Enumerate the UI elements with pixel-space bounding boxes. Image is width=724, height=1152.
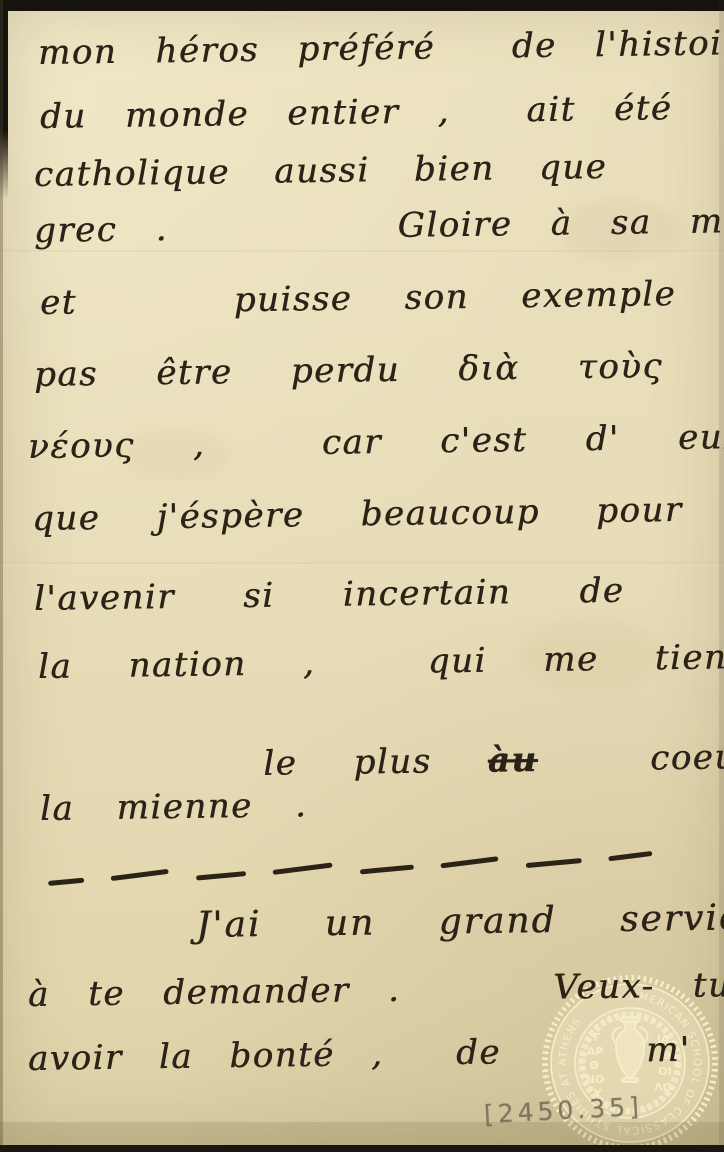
handwriting-segment: coeur , après — [537, 733, 724, 780]
handwriting-line: mon héros préféré de l'histoire — [38, 26, 724, 70]
seal-greek-letter: ΛΟ — [654, 1081, 672, 1094]
handwriting-line: du monde entier , ait été — [40, 91, 673, 134]
dash-stroke — [272, 862, 332, 874]
handwriting-line: grec . Gloire à sa mémoire — [34, 203, 724, 248]
scan-border-bottom — [0, 1145, 724, 1152]
handwriting-line: la mienne . — [40, 788, 308, 826]
handwriting-line: la nation , qui me tient — [38, 640, 724, 684]
paper-crease — [0, 562, 724, 565]
amphora-foot — [622, 1078, 638, 1082]
dash-stroke — [608, 851, 652, 861]
dash-stroke — [360, 865, 414, 875]
paper-crease — [0, 250, 724, 253]
seal-greek-letter: ΝΟ — [586, 1073, 605, 1086]
paper-edge-right — [719, 0, 724, 1152]
paper-edge-left — [0, 0, 3, 1152]
scan-border-top — [0, 0, 724, 11]
dash-stroke — [526, 858, 582, 868]
paper-edge-bottom-shadow — [0, 1122, 724, 1146]
handwriting-line: pas être perdu διὰ τοὺς — [34, 349, 663, 392]
handwriting-line: avoir la bonté , de m' abonner — [28, 1030, 724, 1076]
handwriting-line: J'ai un grand service — [196, 900, 724, 944]
handwriting-line: que j'éspère beaucoup pour — [32, 493, 683, 536]
handwriting-segment: le plus — [263, 741, 488, 784]
handwriting-line: à te demander . Veux- tu — [28, 968, 724, 1012]
handwriting-line: et puisse son exemple ne — [40, 276, 724, 320]
dash-stroke — [440, 856, 498, 868]
dash-stroke — [48, 878, 84, 886]
overwritten-word: àu — [488, 740, 538, 781]
handwriting-line: l'avenir si incertain de — [34, 574, 625, 616]
dash-stroke — [111, 869, 169, 881]
handwriting-line: νέους , car c'est d' eux — [28, 420, 724, 464]
handwriting-line: catholique aussi bien que — [34, 150, 608, 192]
hand-dash-divider — [48, 853, 704, 883]
letter-scan-page: AMERICAN SCHOOL OF CLASSICAL STUDIES AT … — [0, 0, 724, 1152]
dash-stroke — [196, 871, 246, 881]
